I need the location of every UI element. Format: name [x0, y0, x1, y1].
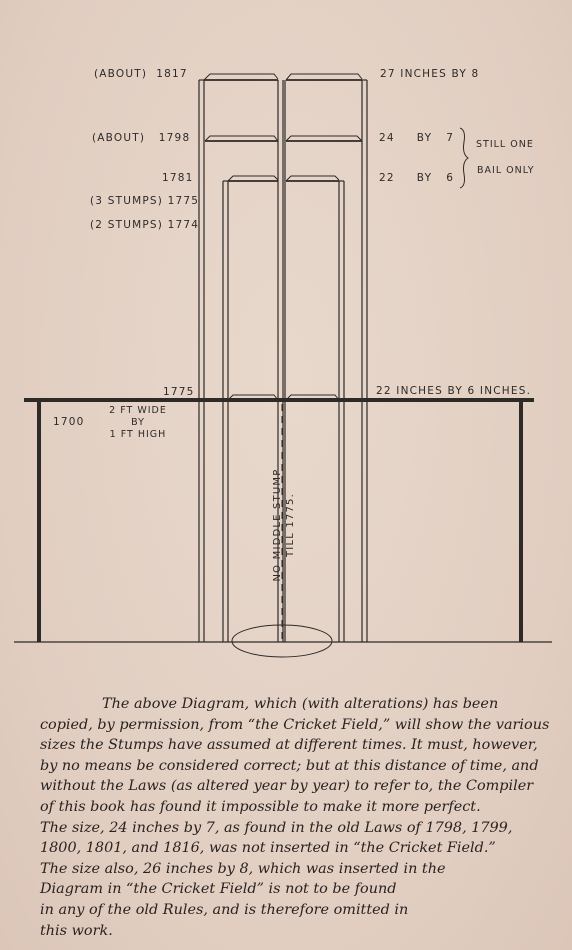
caption-line: sizes the Stumps have assumed at differe…	[40, 735, 550, 756]
caption-line: by no means be considered correct; but a…	[40, 756, 550, 777]
caption-line: 1800, 1801, and 1816, was not inserted i…	[40, 838, 550, 859]
label-size-1781: 22BY6	[379, 172, 454, 184]
label-1775-lower: 1775	[163, 386, 195, 398]
caption-line: of this book has found it impossible to …	[40, 797, 550, 818]
brace-note-line1: STILL ONE	[476, 139, 534, 150]
label-about-1817: (ABOUT) 1817	[94, 68, 188, 80]
label-2-stumps-1774: (2 STUMPS) 1774	[90, 219, 199, 231]
bails-1817	[204, 74, 362, 80]
label-about-1798: (ABOUT) 1798	[92, 132, 190, 144]
caption-line: in any of the old Rules, and is therefor…	[40, 900, 550, 921]
label-3-stumps-1775: (3 STUMPS) 1775	[90, 195, 199, 207]
wicket-1700-size: 2 FT WIDE BY 1 FT HIGH	[103, 405, 173, 441]
caption-line: The size also, 26 inches by 8, which was…	[40, 859, 550, 880]
middle-stump-note-line2: TILL 1775.	[284, 455, 297, 595]
label-size-1798: 24BY7	[379, 132, 454, 144]
caption-line: Diagram in “the Cricket Field” is not to…	[40, 879, 550, 900]
stumps-diagram	[0, 0, 572, 700]
brace-note-line2: BAIL ONLY	[477, 165, 535, 176]
brace	[460, 128, 468, 188]
middle-stump-note-line1: NO MIDDLE STUMP	[271, 455, 284, 595]
label-1781: 1781	[162, 172, 194, 184]
page: (ABOUT) 1817 (ABOUT) 1798 1781 (3 STUMPS…	[0, 0, 572, 950]
middle-stump-note: NO MIDDLE STUMP TILL 1775.	[271, 455, 297, 595]
caption-line: The size, 24 inches by 7, as found in th…	[40, 818, 550, 839]
wicket-size-line2: BY	[103, 417, 173, 429]
label-size-1817: 27 INCHES BY 8	[380, 68, 479, 80]
label-1700: 1700	[53, 416, 85, 428]
caption-text: The above Diagram, which (with alteratio…	[40, 694, 550, 941]
caption-line: The above Diagram, which (with alteratio…	[40, 694, 550, 715]
caption-line: copied, by permission, from “the Cricket…	[40, 715, 550, 736]
ball-ellipse	[232, 625, 332, 657]
caption-line: without the Laws (as altered year by yea…	[40, 776, 550, 797]
label-size-1775: 22 INCHES BY 6 INCHES.	[376, 385, 531, 397]
wicket-size-line3: 1 FT HIGH	[103, 429, 173, 441]
caption-line: this work.	[40, 921, 550, 942]
wicket-size-line1: 2 FT WIDE	[103, 405, 173, 417]
